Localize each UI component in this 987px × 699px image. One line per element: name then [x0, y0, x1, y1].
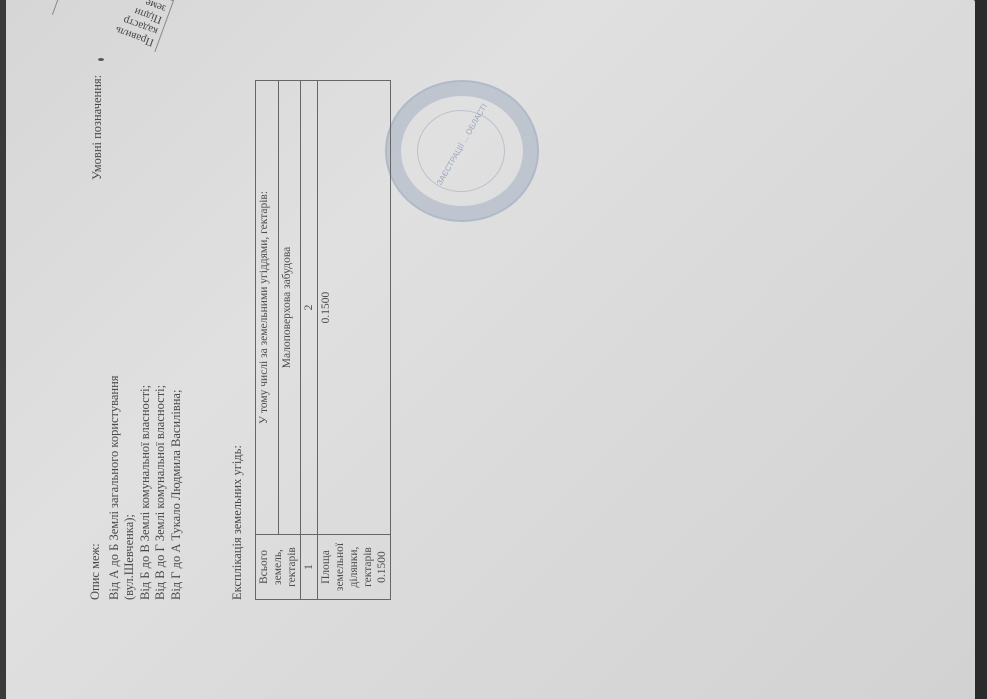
explication-title: Експлікація земельних угідь: — [230, 445, 246, 600]
boundary-line: (вул.Шевченка); — [122, 40, 138, 600]
rotated-page-content: Опис меж: Від А до Б Землі загального ко… — [88, 0, 987, 600]
photo-edge — [0, 0, 6, 699]
row-label: Площа земельної ділянки, гектарів — [319, 538, 375, 596]
header-sub: Малоповерхова забудова — [278, 81, 301, 535]
col-number-1: 1 — [301, 535, 318, 600]
boundary-line: Від Б до В Землі комунальної власності; — [138, 40, 154, 600]
boundary-line: Від В до Г Землі комунальної власності; — [153, 40, 169, 600]
row-value: 0.1500 — [318, 81, 391, 535]
boundary-line: Від А до Б Землі загального користування — [107, 40, 123, 600]
explication-table: Всього земель, гектарів У тому числі за … — [255, 80, 391, 600]
col-number-2: 2 — [301, 81, 318, 535]
header-total: Всього земель, гектарів — [256, 535, 301, 600]
header-group: У тому числі за земельними угіддями, гек… — [256, 81, 279, 535]
row-total: 0.1500 — [375, 538, 389, 596]
boundary-line: Від Г до А Тукало Людмила Василівна; — [169, 40, 185, 600]
row-area: Площа земельної ділянки, гектарів 0.1500 — [318, 535, 391, 600]
legend-title: Умовні позначення: — [90, 75, 106, 180]
